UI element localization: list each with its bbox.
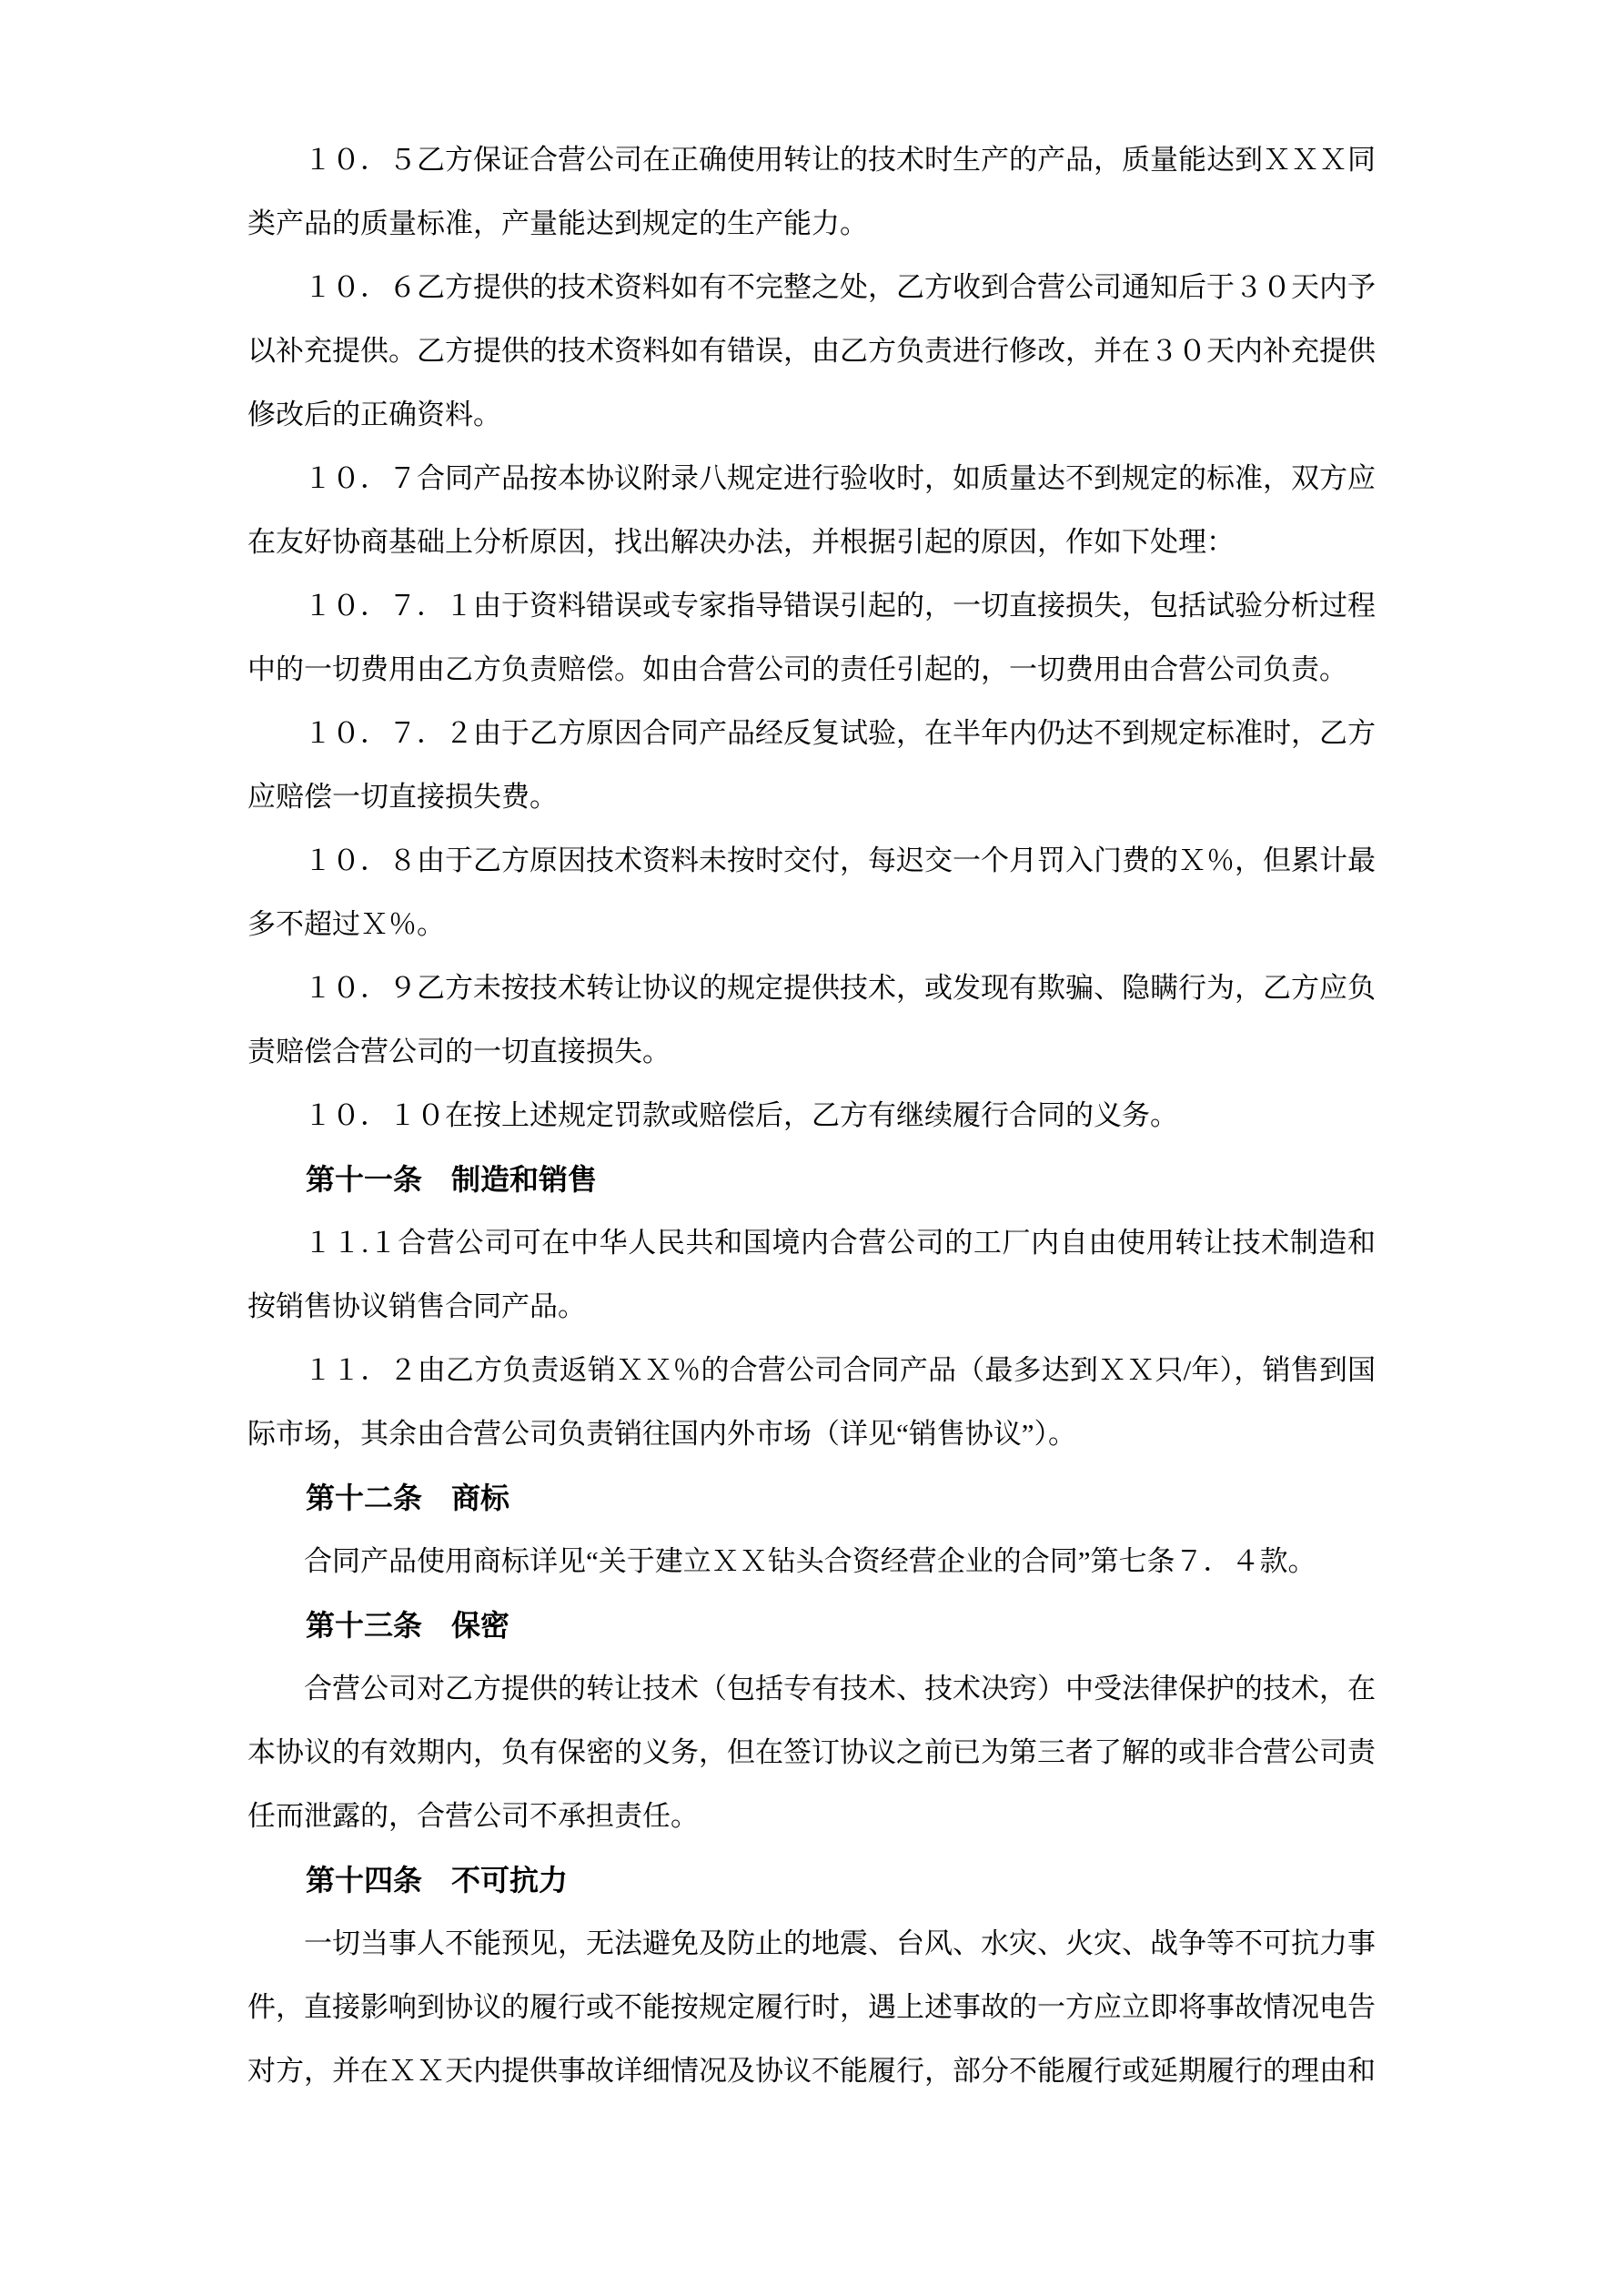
contract-paragraph: １１．２由乙方负责返销ＸＸ％的合营公司合同产品（最多达到ＸＸ只/年），销售到国际… [247, 1339, 1376, 1466]
contract-paragraph: １０．７合同产品按本协议附录八规定进行验收时，如质量达不到规定的标准，双方应在友… [247, 447, 1376, 574]
section-heading: 第十二条 商标 [247, 1466, 1376, 1530]
contract-paragraph: １０．１０在按上述规定罚款或赔偿后，乙方有继续履行合同的义务。 [247, 1084, 1376, 1148]
contract-paragraph: １１.１合营公司可在中华人民共和国境内合营公司的工厂内自由使用转让技术制造和按销… [247, 1211, 1376, 1339]
contract-paragraph: １０．７．２由于乙方原因合同产品经反复试验，在半年内仍达不到规定标准时，乙方应赔… [247, 702, 1376, 829]
contract-paragraph: １０．８由于乙方原因技术资料未按时交付，每迟交一个月罚入门费的Ｘ％，但累计最多不… [247, 829, 1376, 956]
contract-paragraph: １０．７．１由于资料错误或专家指导错误引起的，一切直接损失，包括试验分析过程中的… [247, 574, 1376, 702]
contract-paragraph: 合同产品使用商标详见“关于建立ＸＸ钻头合资经营企业的合同”第七条７．４款。 [247, 1530, 1376, 1593]
section-heading: 第十一条 制造和销售 [247, 1148, 1376, 1211]
section-heading: 第十四条 不可抗力 [247, 1848, 1376, 1912]
document-body: １０．５乙方保证合营公司在正确使用转让的技术时生产的产品，质量能达到ＸＸＸ同类产… [247, 128, 1376, 2103]
document-page: １０．５乙方保证合营公司在正确使用转让的技术时生产的产品，质量能达到ＸＸＸ同类产… [247, 128, 1376, 2103]
contract-paragraph: １０．５乙方保证合营公司在正确使用转让的技术时生产的产品，质量能达到ＸＸＸ同类产… [247, 128, 1376, 256]
contract-paragraph: １０．６乙方提供的技术资料如有不完整之处，乙方收到合营公司通知后于３０天内予以补… [247, 256, 1376, 447]
section-heading: 第十三条 保密 [247, 1593, 1376, 1657]
contract-paragraph: 一切当事人不能预见，无法避免及防止的地震、台风、水灾、火灾、战争等不可抗力事件，… [247, 1912, 1376, 2103]
contract-paragraph: 合营公司对乙方提供的转让技术（包括专有技术、技术决窍）中受法律保护的技术，在本协… [247, 1657, 1376, 1848]
contract-paragraph: １０．９乙方未按技术转让协议的规定提供技术，或发现有欺骗、隐瞒行为，乙方应负责赔… [247, 956, 1376, 1084]
